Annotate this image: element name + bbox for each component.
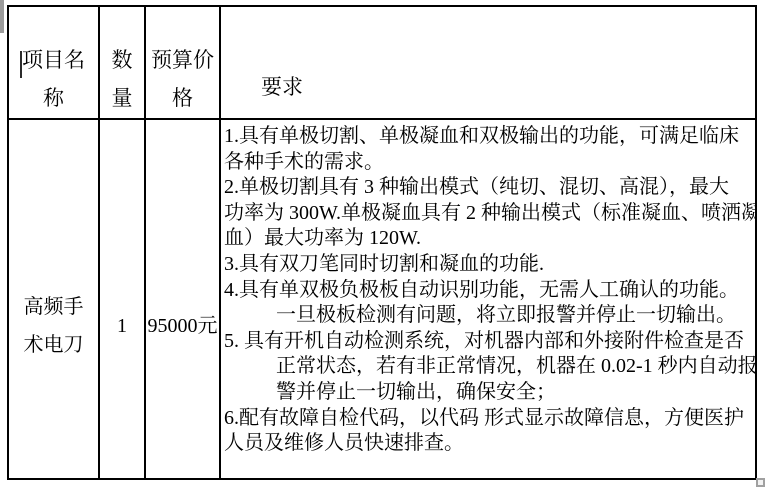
cell-requirements[interactable]: 1.具有单极切割、单极凝血和双极输出的功能，可满足临床各种手术的需求。2.单极切… bbox=[221, 120, 755, 478]
requirement-line: 5. 具有开机自动检测系统，对机器内部和外接附件检查是否 bbox=[224, 329, 753, 355]
budget-price-value: 95000元 bbox=[148, 307, 218, 345]
quantity-value: 1 bbox=[117, 307, 127, 345]
header-cell-quantity[interactable]: 数量 bbox=[100, 7, 146, 120]
header-label-item-name: 项目名称 bbox=[21, 41, 87, 117]
item-name-value: 高频手术电刀 bbox=[21, 288, 87, 364]
table-resize-handle[interactable] bbox=[756, 478, 765, 487]
header-label-quantity: 数量 bbox=[110, 41, 134, 117]
requirement-line: 2.单极切割具有 3 种输出模式（纯切、混切、高混），最大 bbox=[224, 175, 753, 201]
header-label-requirements: 要求 bbox=[261, 68, 303, 106]
cell-item-name[interactable]: 高频手术电刀 bbox=[9, 120, 100, 478]
requirement-line: 各种手术的需求。 bbox=[224, 150, 753, 176]
header-label-budget-price: 预算价格 bbox=[150, 41, 216, 117]
requirement-line: 功率为 300W.单极凝血具有 2 种输出模式（标准凝血、喷洒凝 bbox=[224, 201, 753, 227]
cell-budget-price[interactable]: 95000元 bbox=[146, 120, 221, 478]
requirement-line: 正常状态，若有非正常情况，机器在 0.02-1 秒内自动报 bbox=[224, 354, 753, 380]
requirement-line: 3.具有双刀笔同时切割和凝血的功能. bbox=[224, 252, 753, 278]
requirement-line: 1.具有单极切割、单极凝血和双极输出的功能，可满足临床 bbox=[224, 124, 753, 150]
header-cell-requirements[interactable]: 要求 bbox=[221, 7, 755, 120]
text-cursor bbox=[20, 51, 22, 78]
requirement-line: 一旦极板检测有问题，将立即报警并停止一切输出。 bbox=[224, 303, 753, 329]
requirement-line: 6.配有故障自检代码，以代码 形式显示故障信息，方便医护 bbox=[224, 406, 753, 432]
requirement-line: 血）最大功率为 120W. bbox=[224, 226, 753, 252]
header-cell-budget-price[interactable]: 预算价格 bbox=[146, 7, 221, 120]
requirement-line: 4.具有单双极负极板自动识别功能，无需人工确认的功能。 bbox=[224, 278, 753, 304]
procurement-table: 项目名称 数量 预算价格 要求 高频手术电刀 1 95000元 1.具有单极切割… bbox=[7, 5, 757, 480]
requirement-line: 人员及维修人员快速排查。 bbox=[224, 431, 753, 457]
cell-quantity[interactable]: 1 bbox=[100, 120, 146, 478]
header-cell-item-name[interactable]: 项目名称 bbox=[9, 7, 100, 120]
requirement-line: 警并停止一切输出，确保安全； bbox=[224, 380, 753, 406]
scrollbar-fragment[interactable] bbox=[0, 0, 4, 33]
document-page: { "colors": { "border": "#000000", "text… bbox=[0, 0, 765, 488]
